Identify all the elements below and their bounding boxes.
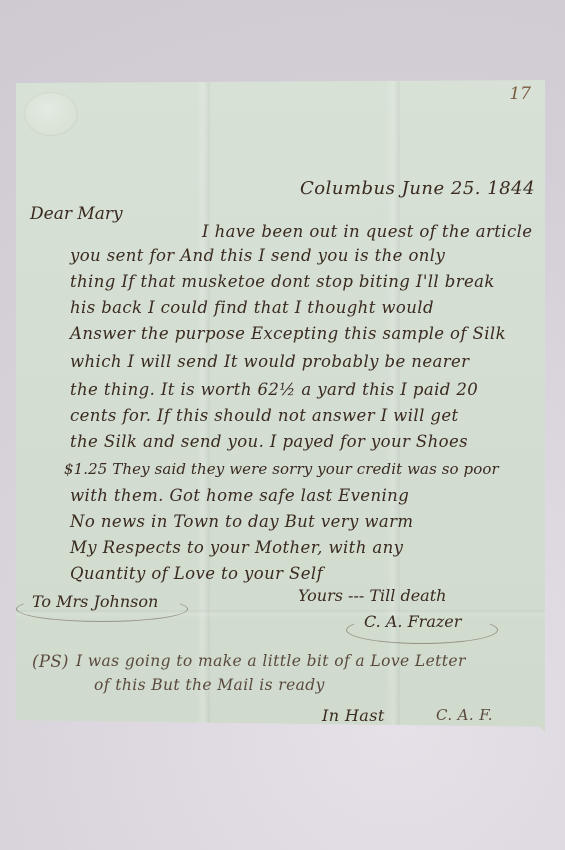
body-line: with them. Got home safe last Evening: [70, 486, 409, 505]
body-line: you sent for And this I send you is the …: [70, 246, 445, 265]
salutation: Dear Mary: [30, 204, 123, 224]
postscript-initials: C. A. F.: [436, 706, 493, 724]
page-number: 17: [509, 84, 531, 104]
body-line: No news in Town to day But very warm: [70, 512, 413, 531]
body-line: thing If that musketoe dont stop biting …: [70, 272, 495, 291]
postscript-marker: (PS): [32, 652, 69, 671]
postscript-line: I was going to make a little bit of a Lo…: [76, 652, 466, 670]
dateline: Columbus June 25. 1844: [300, 178, 535, 199]
body-line: the thing. It is worth 62½ a yard this I…: [70, 380, 478, 399]
body-line: Quantity of Love to your Self: [70, 564, 323, 583]
body-line: his back I could find that I thought wou…: [70, 298, 434, 317]
body-line: which I will send It would probably be n…: [70, 352, 469, 371]
embossed-seal-stamp: [24, 92, 78, 136]
body-line: My Respects to your Mother, with any: [70, 538, 403, 557]
body-line: the Silk and send you. I payed for your …: [70, 432, 468, 451]
body-line: I have been out in quest of the article: [202, 222, 532, 241]
body-line: cents for. If this should not answer I w…: [70, 406, 459, 425]
postscript-line: of this But the Mail is ready: [94, 676, 325, 694]
addressee-flourish: [16, 596, 188, 622]
signature-flourish: [346, 616, 498, 644]
body-line: Answer the purpose Excepting this sample…: [70, 324, 506, 343]
postscript-closing: In Hast: [322, 706, 385, 725]
valediction: Yours --- Till death: [298, 586, 446, 605]
postscript-line-text: I was going to make a little bit of a Lo…: [76, 652, 466, 670]
body-line: $1.25 They said they were sorry your cre…: [64, 460, 499, 478]
letter-page: 17 Columbus June 25. 1844 Dear Mary I ha…: [16, 80, 545, 732]
